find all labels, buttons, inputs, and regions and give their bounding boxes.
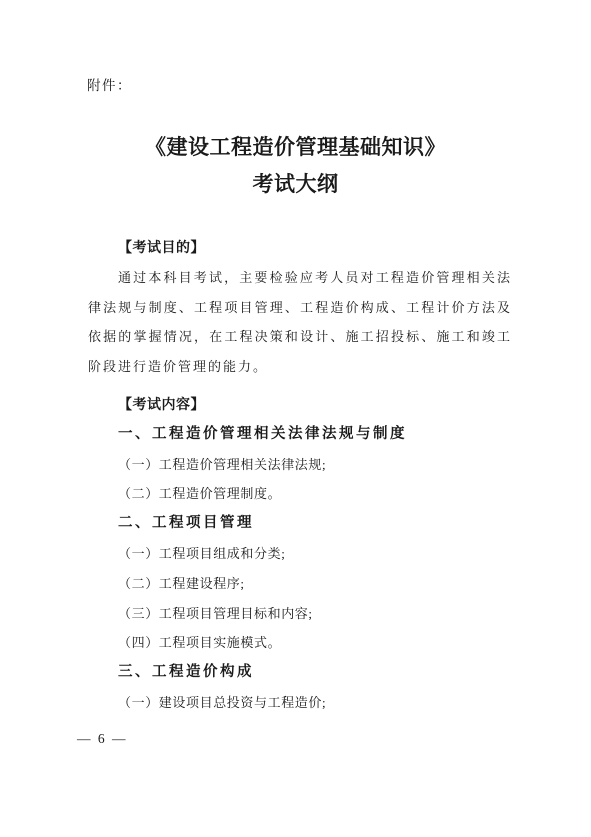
section-3-heading: 三、工程造价构成 bbox=[88, 658, 512, 688]
document-body: 【考试目的】 通过本科目考试，主要检验应考人员对工程造价管理相关法律法规与制度、… bbox=[88, 233, 512, 718]
section-2-item-3: （三）工程项目管理目标和内容; bbox=[88, 599, 512, 629]
document-title: 《建设工程造价管理基础知识》 考试大纲 bbox=[0, 129, 591, 203]
document-page: 附件： 《建设工程造价管理基础知识》 考试大纲 【考试目的】 通过本科目考试，主… bbox=[0, 0, 591, 837]
section-3-item-1: （一）建设项目总投资与工程造价; bbox=[88, 688, 512, 718]
section-2-item-2: （二）工程建设程序; bbox=[88, 569, 512, 599]
section-1-heading: 一、工程造价管理相关法律法规与制度 bbox=[88, 420, 512, 450]
section-2-heading: 二、工程项目管理 bbox=[88, 509, 512, 539]
exam-content-heading: 【考试内容】 bbox=[88, 390, 512, 420]
section-1-item-1: （一）工程造价管理相关法律法规; bbox=[88, 450, 512, 480]
section-2-item-1: （一）工程项目组成和分类; bbox=[88, 539, 512, 569]
section-2-item-4: （四）工程项目实施模式。 bbox=[88, 628, 512, 658]
document-title-line2: 考试大纲 bbox=[0, 166, 591, 203]
section-1-item-2: （二）工程造价管理制度。 bbox=[88, 479, 512, 509]
exam-purpose-heading: 【考试目的】 bbox=[88, 233, 512, 263]
document-title-line1: 《建设工程造价管理基础知识》 bbox=[0, 129, 591, 166]
exam-purpose-paragraph: 通过本科目考试，主要检验应考人员对工程造价管理相关法律法规与制度、工程项目管理、… bbox=[88, 263, 512, 382]
attachment-label: 附件： bbox=[87, 74, 132, 94]
page-number: — 6 — bbox=[77, 731, 128, 747]
